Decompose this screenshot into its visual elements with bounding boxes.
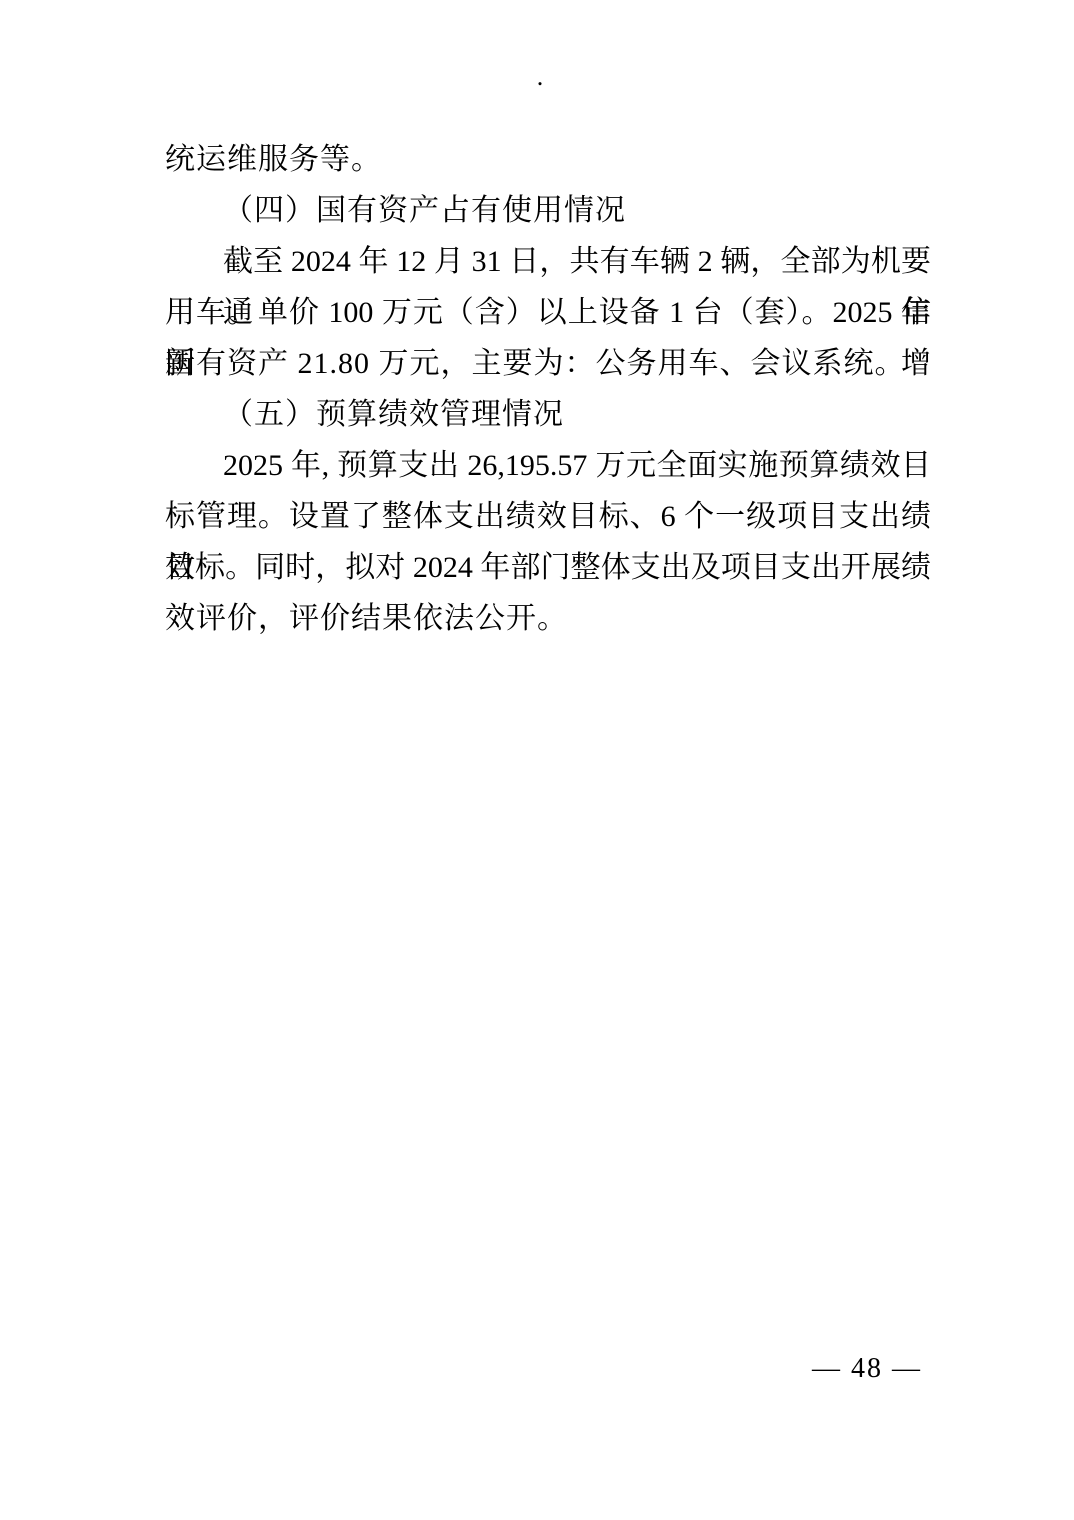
paragraph-line: 统运维服务等。 [165, 134, 931, 185]
page-number: — 48 — [812, 1352, 922, 1386]
section-heading-4: （四）国有资产占有使用情况 [165, 185, 931, 236]
paragraph-line: 标管理。设置了整体支出绩效目标、6 个一级项目支出绩效 [165, 491, 931, 542]
section-heading-5: （五）预算绩效管理情况 [165, 389, 931, 440]
document-page: . 统运维服务等。 （四）国有资产占有使用情况 截至 2024 年 12 月 3… [0, 0, 1074, 1520]
stray-dot-mark: . [530, 62, 550, 92]
paragraph-line: 国有资产 21.80 万元，主要为：公务用车、会议系统。 [165, 338, 931, 389]
paragraph-line: 目标。同时，拟对 2024 年部门整体支出及项目支出开展绩 [165, 542, 931, 593]
paragraph-line: 截至 2024 年 12 月 31 日，共有车辆 2 辆，全部为机要通信 [165, 236, 931, 287]
paragraph-line: 2025 年, 预算支出 26,195.57 万元全面实施预算绩效目 [165, 440, 931, 491]
paragraph-line: 用车。单价 100 万元（含）以上设备 1 台（套）。2025 年新增 [165, 287, 931, 338]
body-text-block: 统运维服务等。 （四）国有资产占有使用情况 截至 2024 年 12 月 31 … [165, 134, 931, 644]
paragraph-line: 效评价，评价结果依法公开。 [165, 593, 931, 644]
